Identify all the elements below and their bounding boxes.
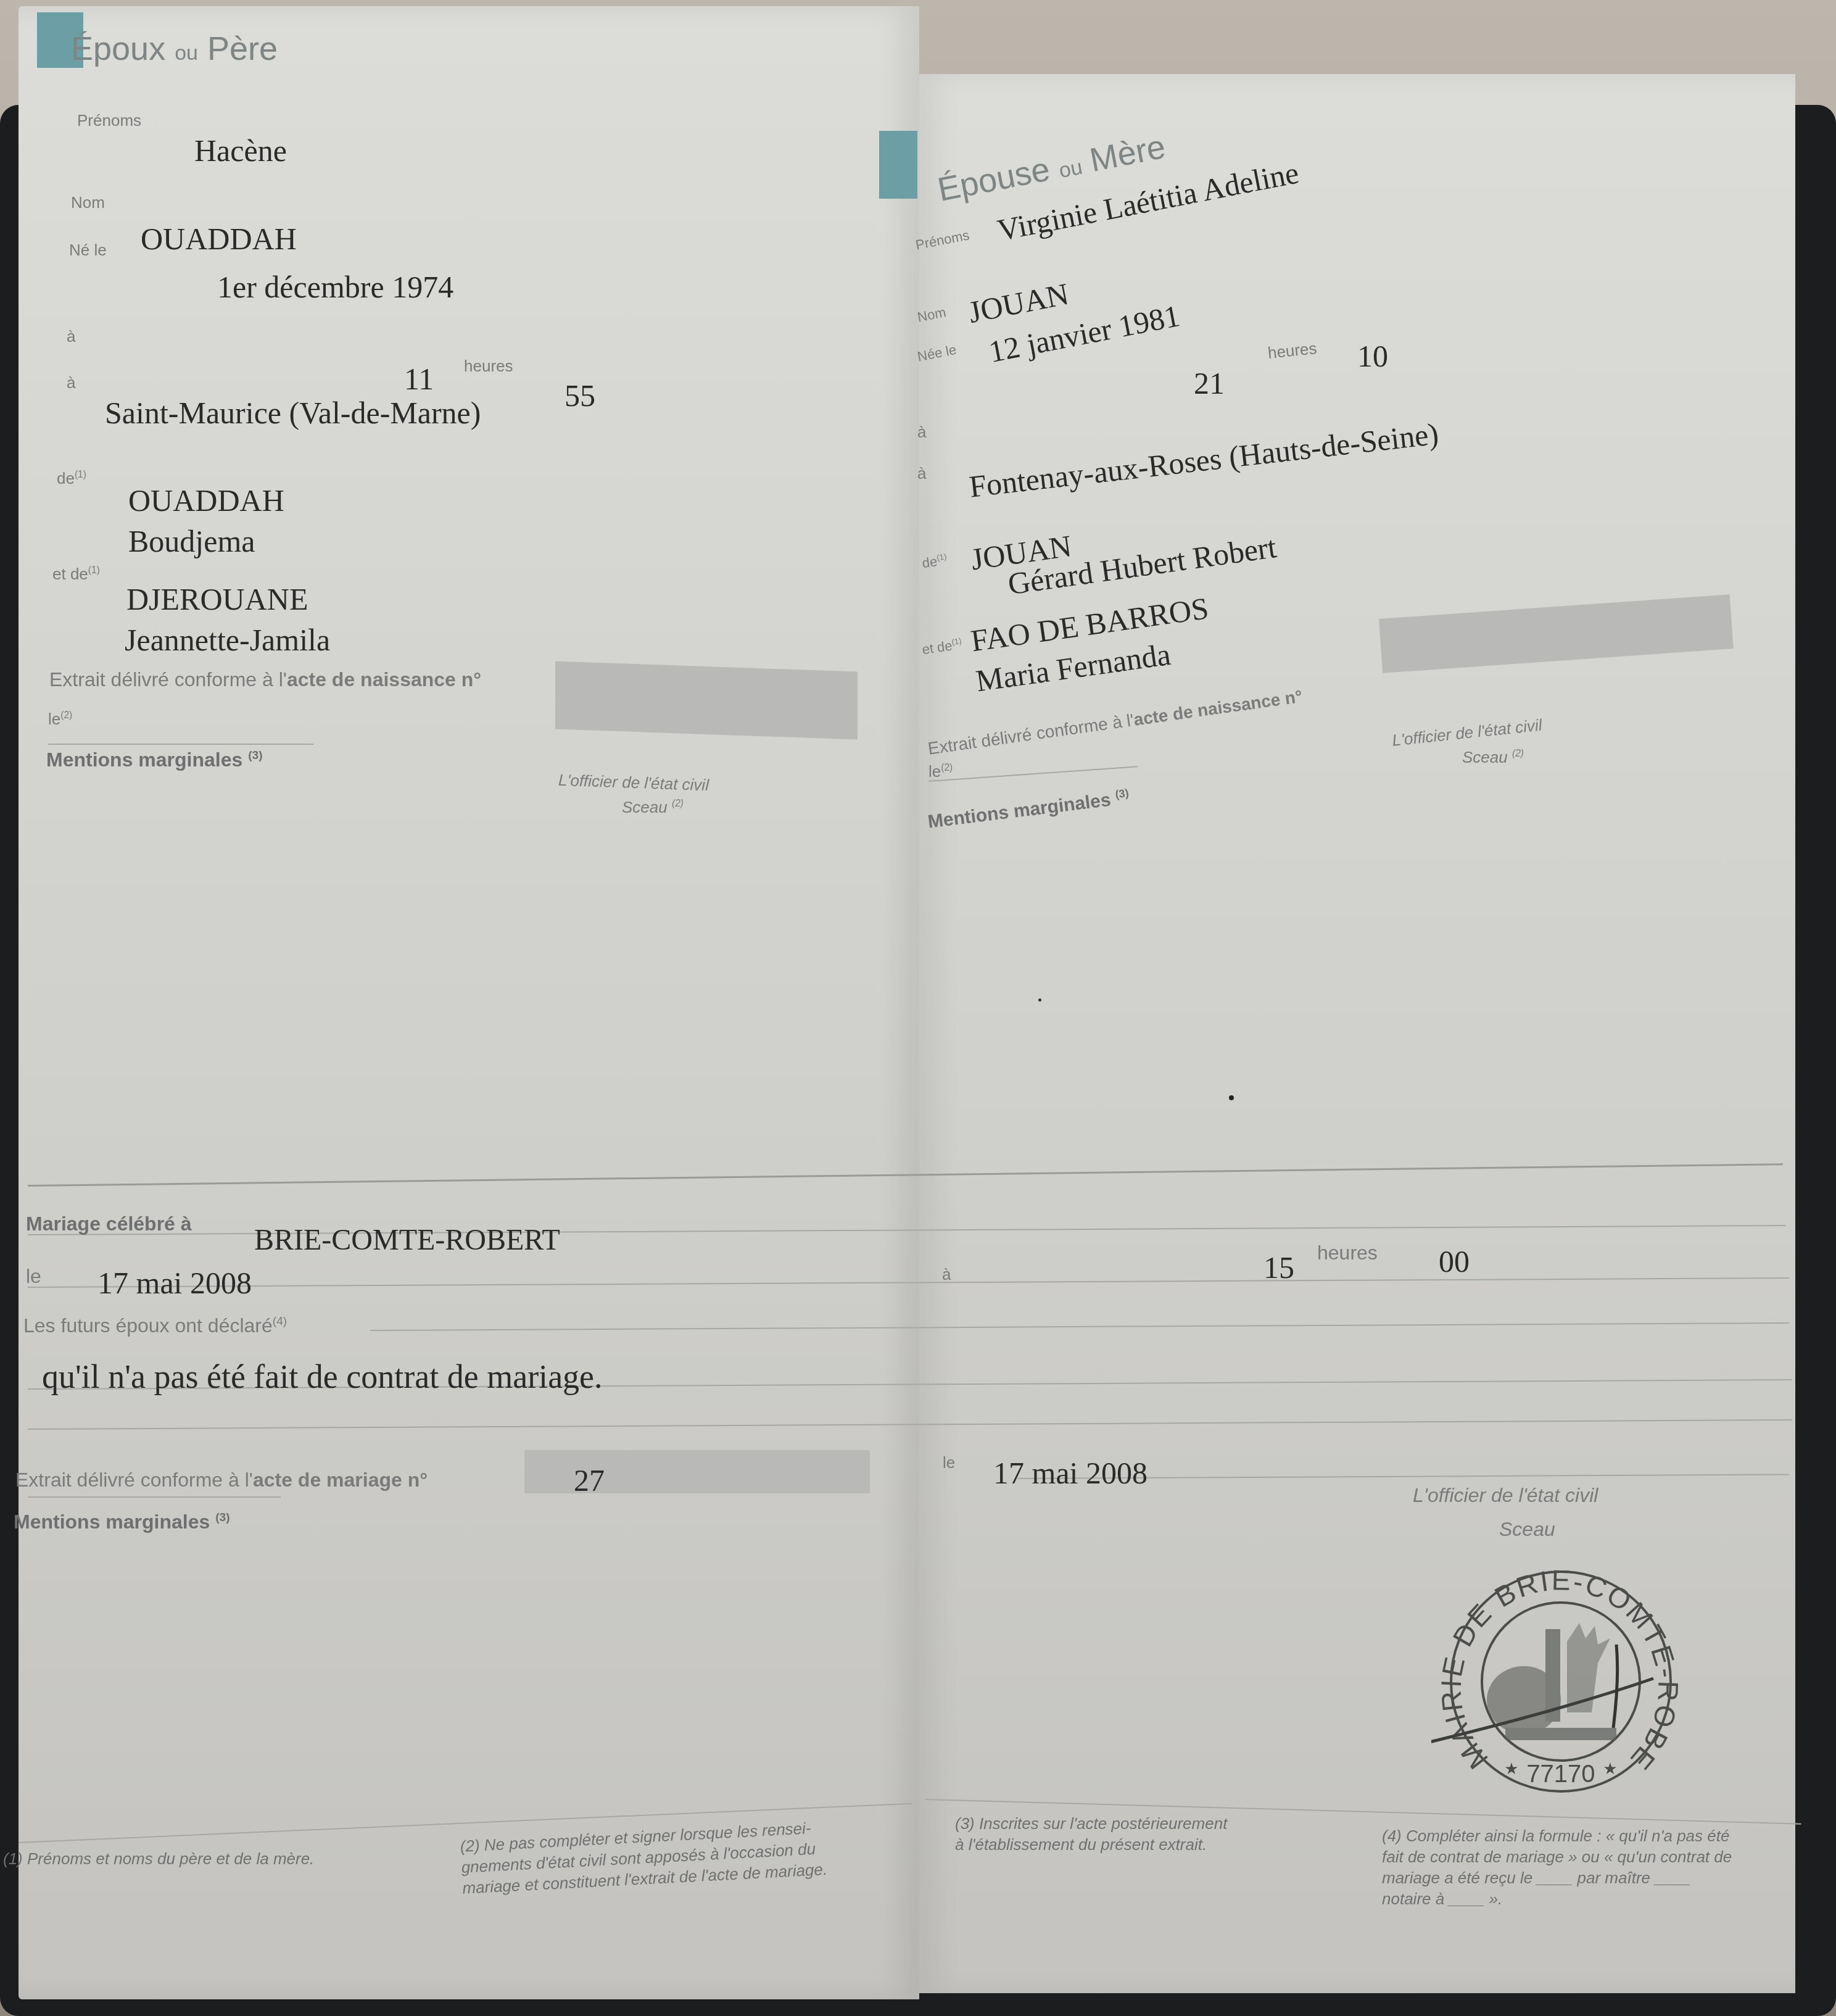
sceau-text: Sceau xyxy=(1462,748,1508,766)
extrait-bold: acte de naissance n° xyxy=(287,668,481,691)
star-icon: ★ xyxy=(1603,1760,1617,1778)
footnote-ref-3: (3) xyxy=(215,1511,229,1524)
mentions-text: Mentions marginales xyxy=(46,749,242,771)
label-mentions-marginales: Mentions marginales (3) xyxy=(14,1511,230,1533)
title-initial: É xyxy=(71,30,93,67)
title-connector: ou xyxy=(175,41,198,65)
value-minutes-mariage: 00 xyxy=(1439,1243,1470,1279)
footnote-ref-2: (2) xyxy=(672,799,684,809)
label-mariage-celebre: Mariage célébré à xyxy=(26,1213,192,1235)
value-prenoms: Hacène xyxy=(194,133,287,168)
label-ne-le: Né le xyxy=(69,241,107,260)
title-suffix: Père xyxy=(207,30,278,67)
label-mentions-marginales: Mentions marginales (3) xyxy=(46,749,263,771)
label-sceau: Sceau (2) xyxy=(622,798,684,817)
footnote-3: (3) Inscrites sur l'acte postérieurement… xyxy=(955,1813,1227,1855)
label-a-time: à xyxy=(67,327,75,346)
value-nom: OUADDAH xyxy=(141,221,297,257)
footnote-ref-1: (1) xyxy=(951,636,962,647)
title-connector: ou xyxy=(1057,156,1084,183)
footnote-3-line: à l'établissement du présent extrait. xyxy=(955,1834,1227,1855)
footnote-4: (4) Compléter ainsi la formule : « qu'il… xyxy=(1382,1825,1732,1909)
footnote-ref-2: (2) xyxy=(1512,749,1524,759)
label-extrait-mariage: Extrait délivré conforme à l'acte de mar… xyxy=(15,1469,428,1491)
label-et-de-text: et de xyxy=(52,565,88,583)
value-mere-prenom: Jeannette-Jamila xyxy=(125,622,330,658)
footnote-ref-1: (1) xyxy=(75,470,86,480)
label-a-place: à xyxy=(67,373,75,392)
label-heures: heures xyxy=(1317,1242,1378,1264)
ink-dot xyxy=(1038,998,1041,1002)
label-a: à xyxy=(942,1265,951,1284)
value-date-naissance: 1er décembre 1974 xyxy=(217,269,453,305)
ink-dot xyxy=(1229,1095,1234,1100)
town-hall-seal: MAIRIE DE BRIE-COMTE-ROBERT 77170 ★ ★ xyxy=(1431,1555,1690,1802)
label-sceau: Sceau (2) xyxy=(1462,748,1524,767)
label-officier: L'officier de l'état civil xyxy=(1413,1484,1598,1507)
extrait-bold: acte de mariage n° xyxy=(253,1469,428,1491)
footnote-ref-1: (1) xyxy=(936,552,947,562)
footnote-ref-3: (3) xyxy=(1114,787,1129,801)
label-de-text: de xyxy=(57,469,75,487)
value-lieu-mariage: BRIE-COMTE-ROBERT xyxy=(254,1223,560,1257)
label-extrait-naissance: Extrait délivré conforme à l'acte de nai… xyxy=(49,668,481,691)
footnote-3-line: (3) Inscrites sur l'acte postérieurement xyxy=(955,1813,1227,1834)
footnote-ref-2: (2) xyxy=(60,710,72,721)
value-pere-prenom: Boudjema xyxy=(128,523,255,559)
star-icon: ★ xyxy=(1504,1760,1518,1778)
value-mere-nom: DJEROUANE xyxy=(126,581,308,617)
label-prenoms: Prénoms xyxy=(77,111,141,130)
value-lieu-naissance: Saint-Maurice (Val-de-Marne) xyxy=(105,395,481,431)
label-le: le(2) xyxy=(928,762,953,781)
label-le: le(2) xyxy=(48,710,72,729)
footnote-4-line: fait de contrat de mariage » ou « qu'un … xyxy=(1382,1846,1732,1867)
divider xyxy=(48,744,313,745)
footnote-ref-4: (4) xyxy=(273,1315,287,1328)
footnote-ref-1: (1) xyxy=(88,565,100,576)
value-minutes: 10 xyxy=(1357,338,1388,374)
footnote-1: (1) Prénoms et noms du père et de la mèr… xyxy=(3,1848,314,1869)
teal-marker-right xyxy=(879,131,917,199)
label-nom: Nom xyxy=(71,193,105,212)
label-et-de-text: et de xyxy=(921,638,953,658)
title-word: poux xyxy=(93,30,165,67)
value-heure: 11 xyxy=(404,361,434,397)
extrait-prefix: Extrait délivré conforme à l' xyxy=(15,1469,253,1491)
seal-postal-code: 77170 xyxy=(1526,1761,1595,1788)
value-declaration: qu'il n'a pas été fait de contrat de mar… xyxy=(42,1358,603,1396)
label-le-text: le xyxy=(48,710,60,728)
label-a-time: à xyxy=(917,423,926,442)
label-a-place: à xyxy=(917,464,926,483)
label-le-text: le xyxy=(928,762,941,781)
label-le-extrait: le xyxy=(943,1453,955,1472)
value-date-mariage: 17 mai 2008 xyxy=(97,1265,252,1301)
declare-text: Les futurs époux ont déclaré xyxy=(23,1314,273,1337)
footnote-4-line: notaire à ____ ». xyxy=(1382,1888,1732,1909)
extrait-prefix: Extrait délivré conforme à l' xyxy=(49,668,287,691)
label-heures: heures xyxy=(464,357,513,376)
acte-naissance-number-field xyxy=(555,661,858,739)
label-de: de(1) xyxy=(57,469,86,488)
value-acte-numero: 27 xyxy=(574,1462,605,1498)
value-heure-mariage: 15 xyxy=(1263,1250,1294,1285)
form-line xyxy=(28,1496,281,1498)
value-minutes: 55 xyxy=(564,378,595,413)
footnote-ref-3: (3) xyxy=(248,749,262,762)
label-et-de: et de(1) xyxy=(52,565,100,584)
mentions-text: Mentions marginales xyxy=(14,1511,210,1533)
section-title-epoux: Époux ou Père xyxy=(71,30,278,68)
label-declare: Les futurs époux ont déclaré(4) xyxy=(23,1314,287,1337)
value-pere-nom: OUADDAH xyxy=(128,483,284,518)
footnote-4-line: (4) Compléter ainsi la formule : « qu'il… xyxy=(1382,1825,1732,1846)
value-heure: 21 xyxy=(1194,365,1225,401)
label-le: le xyxy=(26,1265,41,1288)
sceau-text: Sceau xyxy=(622,798,668,816)
label-de: de(1) xyxy=(921,552,948,571)
footnote-ref-2: (2) xyxy=(941,763,953,773)
label-sceau: Sceau xyxy=(1499,1518,1555,1541)
footnote-4-line: mariage a été reçu le ____ par maître __… xyxy=(1382,1867,1732,1888)
left-page-epoux xyxy=(19,6,919,1999)
value-date-extrait: 17 mai 2008 xyxy=(993,1455,1147,1491)
